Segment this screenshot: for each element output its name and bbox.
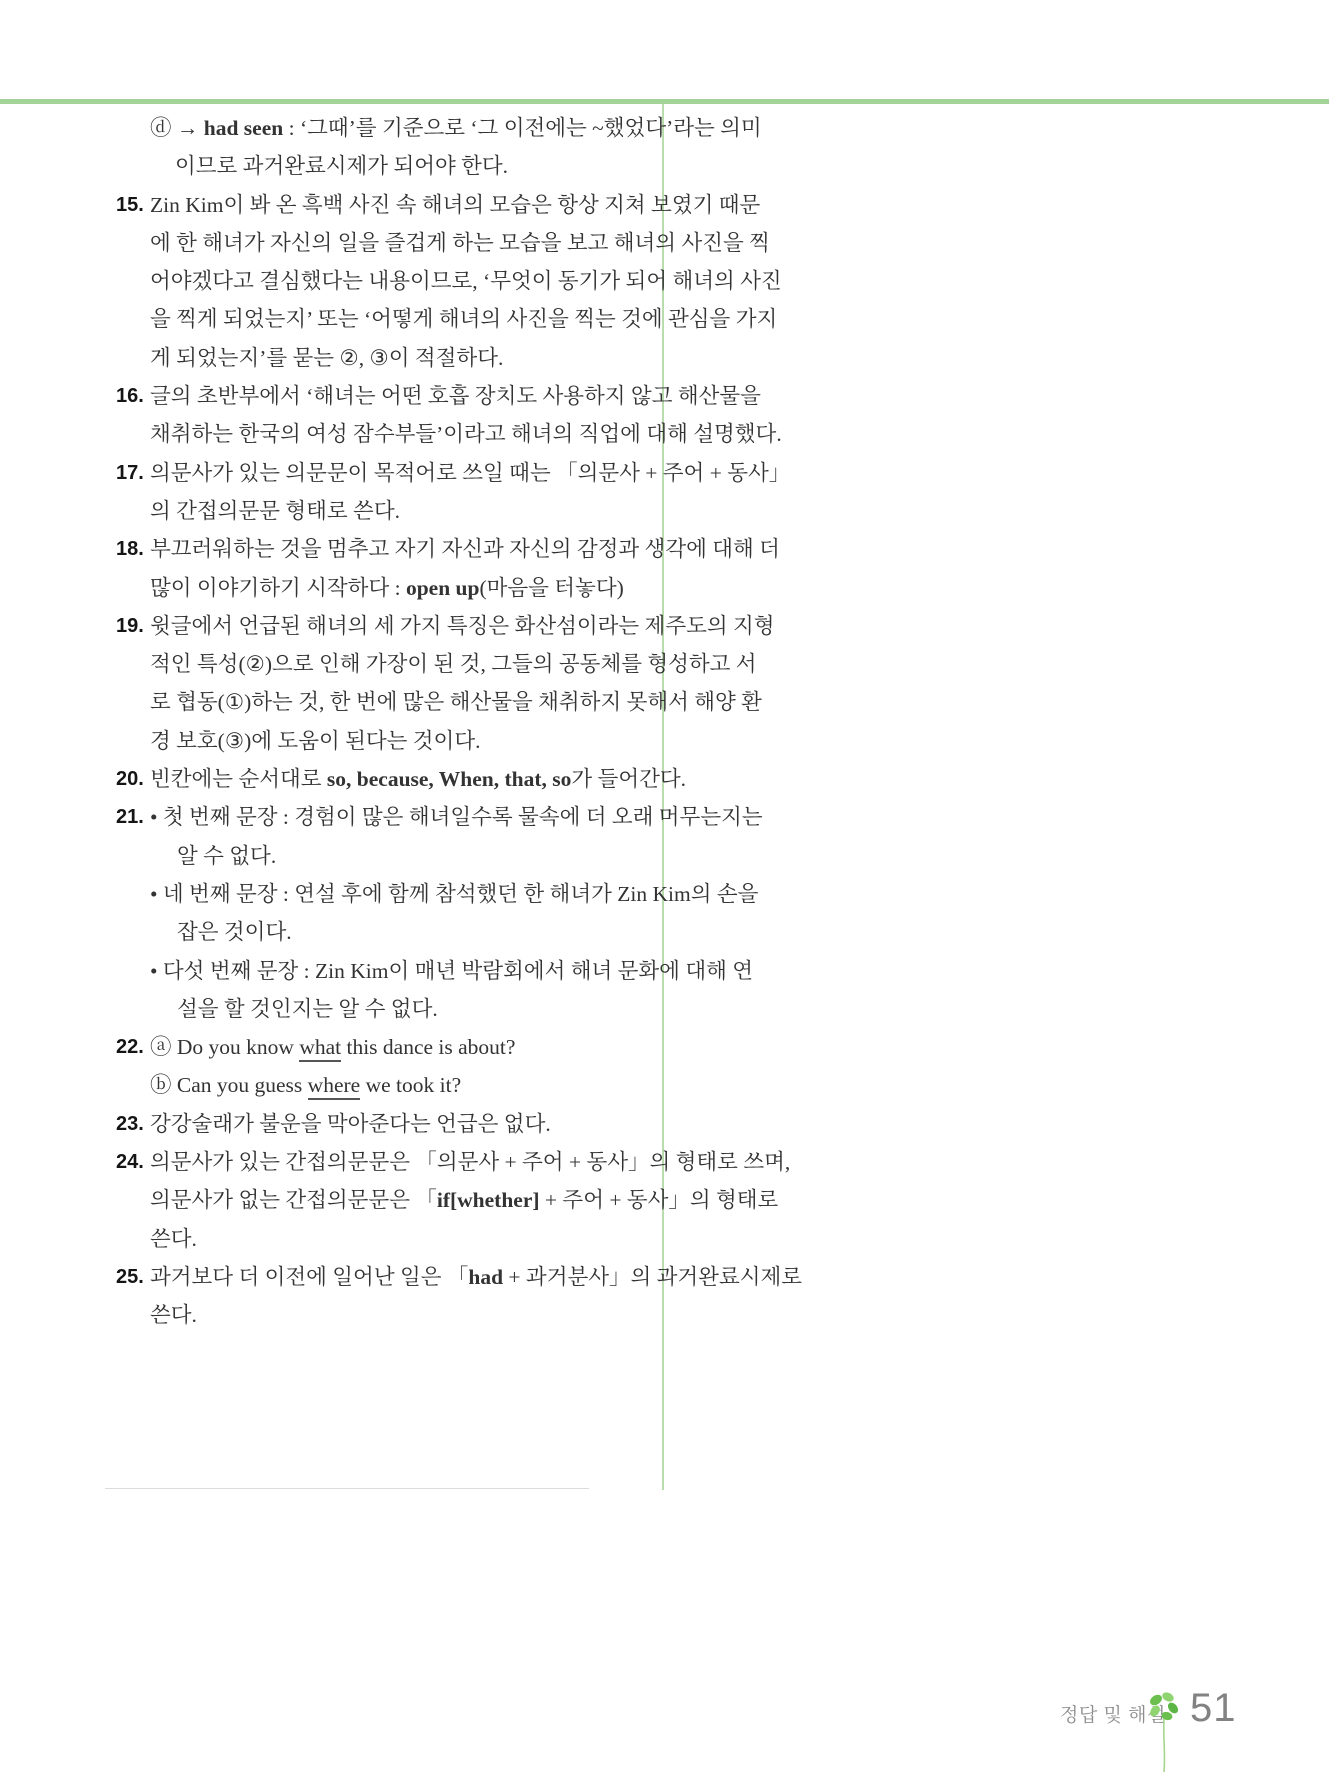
text-line: ⓓ → had seen : ‘그때’를 기준으로 ‘그 이전에는 ~했었다’라… <box>150 109 625 147</box>
text-line: 이므로 과거완료시제가 되어야 한다. <box>150 147 625 185</box>
item-number: 16. <box>116 377 144 415</box>
text-line: 쓴다. <box>150 1296 625 1334</box>
item-number: 24. <box>116 1143 144 1181</box>
item-text: 빈칸에는 순서대로 so, because, When, that, so가 들… <box>150 760 625 798</box>
text-line: 채취하는 한국의 여성 잠수부들’이라고 해녀의 직업에 대해 설명했다. <box>150 415 625 453</box>
text-line: 잡은 것이다. <box>150 913 625 951</box>
top-green-rule <box>0 99 1329 104</box>
text-line: 의문사가 없는 간접의문문은 「if[whether] + 주어 + 동사」의 … <box>150 1181 625 1219</box>
item-text: 글의 초반부에서 ‘해녀는 어떤 호흡 장치도 사용하지 않고 해산물을채취하는… <box>150 377 625 454</box>
text-line: • 첫 번째 문장 : 경험이 많은 해녀일수록 물속에 더 오래 머무는지는 <box>150 798 625 836</box>
text-line: • 다섯 번째 문장 : Zin Kim이 매년 박람회에서 해녀 문화에 대해… <box>150 952 625 990</box>
text-line: 부끄러워하는 것을 멈추고 자기 자신과 자신의 감정과 생각에 대해 더 <box>150 530 625 568</box>
text-line: • 네 번째 문장 : 연설 후에 함께 참석했던 한 해녀가 Zin Kim의… <box>150 875 625 913</box>
answer-item: 21.• 첫 번째 문장 : 경험이 많은 해녀일수록 물속에 더 오래 머무는… <box>105 798 625 1028</box>
text-line: 경 보호(③)에 도움이 된다는 것이다. <box>150 722 625 760</box>
item-text: 의문사가 있는 간접의문문은 「의문사 + 주어 + 동사」의 형태로 쓰며,의… <box>150 1143 625 1258</box>
text-line: 의 간접의문문 형태로 쓴다. <box>150 492 625 530</box>
item-number: 25. <box>116 1258 144 1296</box>
text-line: 설을 할 것인지는 알 수 없다. <box>150 990 625 1028</box>
text-line: 에 한 해녀가 자신의 일을 즐겁게 하는 모습을 보고 해녀의 사진을 찍 <box>150 224 625 262</box>
item-number: 22. <box>116 1028 144 1066</box>
item-text: 윗글에서 언급된 해녀의 세 가지 특징은 화산섬이라는 제주도의 지형적인 특… <box>150 607 625 760</box>
answer-item: 25.과거보다 더 이전에 일어난 일은 「had + 과거분사」의 과거완료시… <box>105 1258 625 1335</box>
text-line: 어야겠다고 결심했다는 내용이므로, ‘무엇이 동기가 되어 해녀의 사진 <box>150 262 625 300</box>
answer-item: 22.ⓐ Do you know what this dance is abou… <box>105 1028 625 1105</box>
item-text: 부끄러워하는 것을 멈추고 자기 자신과 자신의 감정과 생각에 대해 더많이 … <box>150 530 625 607</box>
answer-item: ⓓ → had seen : ‘그때’를 기준으로 ‘그 이전에는 ~했었다’라… <box>105 109 625 186</box>
text-line: 강강술래가 불운을 막아준다는 언급은 없다. <box>150 1105 625 1143</box>
column-bottom-rule <box>105 1488 589 1489</box>
answer-item: 16.글의 초반부에서 ‘해녀는 어떤 호흡 장치도 사용하지 않고 해산물을채… <box>105 377 625 454</box>
answer-item: 24.의문사가 있는 간접의문문은 「의문사 + 주어 + 동사」의 형태로 쓰… <box>105 1143 625 1258</box>
answer-item: 17.의문사가 있는 의문문이 목적어로 쓰일 때는 「의문사 + 주어 + 동… <box>105 454 625 531</box>
answer-item: 19.윗글에서 언급된 해녀의 세 가지 특징은 화산섬이라는 제주도의 지형적… <box>105 607 625 760</box>
item-number: 15. <box>116 186 144 224</box>
item-number: 19. <box>116 607 144 645</box>
text-line: 알 수 없다. <box>150 837 625 875</box>
answer-item: 23.강강술래가 불운을 막아준다는 언급은 없다. <box>105 1105 625 1143</box>
item-text: 의문사가 있는 의문문이 목적어로 쓰일 때는 「의문사 + 주어 + 동사」의… <box>150 454 625 531</box>
text-line: 을 찍게 되었는지’ 또는 ‘어떻게 해녀의 사진을 찍는 것에 관심을 가지 <box>150 300 625 338</box>
text-line: 많이 이야기하기 시작하다 : open up(마음을 터놓다) <box>150 569 625 607</box>
item-text: Zin Kim이 봐 온 흑백 사진 속 해녀의 모습은 항상 지쳐 보였기 때… <box>150 186 625 377</box>
text-line: 적인 특성(②)으로 인해 가장이 된 것, 그들의 공동체를 형성하고 서 <box>150 645 625 683</box>
text-line: ⓑ Can you guess where we took it? <box>150 1066 625 1104</box>
item-number: 17. <box>116 454 144 492</box>
text-line: 윗글에서 언급된 해녀의 세 가지 특징은 화산섬이라는 제주도의 지형 <box>150 607 625 645</box>
item-text: 강강술래가 불운을 막아준다는 언급은 없다. <box>150 1105 625 1143</box>
text-line: 과거보다 더 이전에 일어난 일은 「had + 과거분사」의 과거완료시제로 <box>150 1258 625 1296</box>
item-number: 18. <box>116 530 144 568</box>
item-text: ⓓ → had seen : ‘그때’를 기준으로 ‘그 이전에는 ~했었다’라… <box>150 109 625 186</box>
item-number: 20. <box>116 760 144 798</box>
answer-item: 18.부끄러워하는 것을 멈추고 자기 자신과 자신의 감정과 생각에 대해 더… <box>105 530 625 607</box>
item-text: ⓐ Do you know what this dance is about?ⓑ… <box>150 1028 625 1105</box>
text-line: 의문사가 있는 의문문이 목적어로 쓰일 때는 「의문사 + 주어 + 동사」 <box>150 454 625 492</box>
item-text: • 첫 번째 문장 : 경험이 많은 해녀일수록 물속에 더 오래 머무는지는알… <box>150 798 625 1028</box>
text-line: Zin Kim이 봐 온 흑백 사진 속 해녀의 모습은 항상 지쳐 보였기 때… <box>150 186 625 224</box>
item-text: 과거보다 더 이전에 일어난 일은 「had + 과거분사」의 과거완료시제로쓴… <box>150 1258 625 1335</box>
text-line: 쓴다. <box>150 1220 625 1258</box>
sprout-leaf-icon <box>1146 1692 1182 1772</box>
answer-list: ⓓ → had seen : ‘그때’를 기준으로 ‘그 이전에는 ~했었다’라… <box>105 109 625 1335</box>
page-number: 51 <box>1190 1686 1237 1731</box>
answer-item: 20.빈칸에는 순서대로 so, because, When, that, so… <box>105 760 625 798</box>
text-line: ⓐ Do you know what this dance is about? <box>150 1028 625 1066</box>
text-line: 로 협동(①)하는 것, 한 번에 많은 해산물을 채취하지 못해서 해양 환 <box>150 683 625 721</box>
answer-item: 15.Zin Kim이 봐 온 흑백 사진 속 해녀의 모습은 항상 지쳐 보였… <box>105 186 625 377</box>
item-number: 23. <box>116 1105 144 1143</box>
text-line: 글의 초반부에서 ‘해녀는 어떤 호흡 장치도 사용하지 않고 해산물을 <box>150 377 625 415</box>
text-line: 게 되었는지’를 묻는 ②, ③이 적절하다. <box>150 339 625 377</box>
item-number: 21. <box>116 798 144 836</box>
text-line: 의문사가 있는 간접의문문은 「의문사 + 주어 + 동사」의 형태로 쓰며, <box>150 1143 625 1181</box>
text-line: 빈칸에는 순서대로 so, because, When, that, so가 들… <box>150 760 625 798</box>
